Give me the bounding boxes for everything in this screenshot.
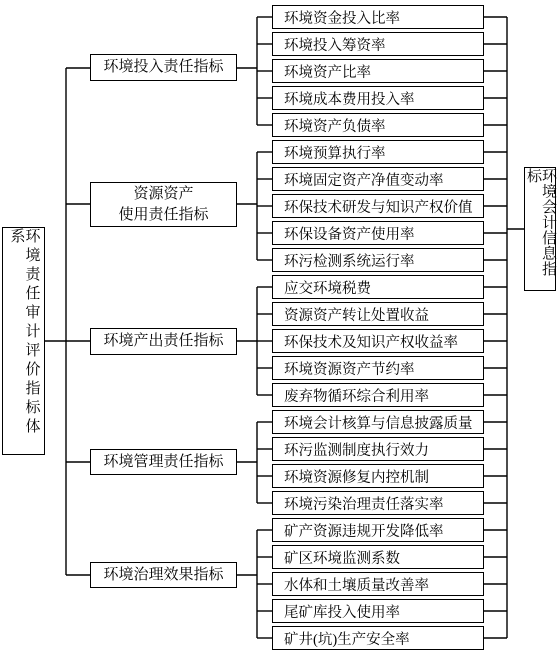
root-label: 环境责任审计评价指标体系 bbox=[9, 228, 39, 454]
indicator-box: 环境资产负债率 bbox=[272, 113, 484, 137]
indicator-box: 环保技术研发与知识产权价值 bbox=[272, 194, 484, 218]
indicator-box: 废弃物循环综合利用率 bbox=[272, 383, 484, 407]
indicator-box: 资源资产转让处置收益 bbox=[272, 302, 484, 326]
indicator-box: 环污检测系统运行率 bbox=[272, 248, 484, 272]
category-resource-asset-use-responsibility: 资源资产 使用责任指标 bbox=[90, 182, 237, 227]
indicator-box: 矿区环境监测系数 bbox=[272, 545, 484, 569]
indicator-box: 环境资产比率 bbox=[272, 59, 484, 83]
category-env-management-responsibility: 环境管理责任指标 bbox=[90, 449, 237, 475]
indicator-box: 环境会计核算与信息披露质量 bbox=[272, 410, 484, 434]
indicator-box: 水体和土壤质量改善率 bbox=[272, 572, 484, 596]
indicator-box: 应交环境税费 bbox=[272, 275, 484, 299]
indicator-box: 尾矿库投入使用率 bbox=[272, 599, 484, 623]
indicator-box: 环境资金投入比率 bbox=[272, 5, 484, 29]
category-env-governance-effect: 环境治理效果指标 bbox=[90, 562, 237, 588]
indicator-column: 环境资金投入比率 环境投入筹资率 环境资产比率 环境成本费用投入率 环境资产负债… bbox=[272, 5, 484, 650]
indicator-box: 环境成本费用投入率 bbox=[272, 86, 484, 110]
indicator-box: 环污监测制度执行效力 bbox=[272, 437, 484, 461]
indicator-box: 环境污染治理责任落实率 bbox=[272, 491, 484, 515]
indicator-box: 环境资源资产节约率 bbox=[272, 356, 484, 380]
root-label-box: 环境责任审计评价指标体系 bbox=[2, 227, 45, 455]
indicator-box: 环境预算执行率 bbox=[272, 140, 484, 164]
category-env-output-responsibility: 环境产出责任指标 bbox=[90, 328, 237, 355]
indicator-box: 矿产资源违规开发降低率 bbox=[272, 518, 484, 542]
category-env-input-responsibility: 环境投入责任指标 bbox=[90, 54, 237, 81]
indicator-box: 矿井(坑)生产安全率 bbox=[272, 626, 484, 650]
indicator-box: 环境资源修复内控机制 bbox=[272, 464, 484, 488]
accounting-info-label: 环境会计信息指标 bbox=[525, 168, 555, 290]
indicator-box: 环境固定资产净值变动率 bbox=[272, 167, 484, 191]
accounting-info-label-box: 环境会计信息指标 bbox=[524, 167, 556, 291]
indicator-box: 环保设备资产使用率 bbox=[272, 221, 484, 245]
indicator-box: 环境投入筹资率 bbox=[272, 32, 484, 56]
indicator-box: 环保技术及知识产权收益率 bbox=[272, 329, 484, 353]
diagram-canvas: 环境责任审计评价指标体系 环境投入责任指标 资源资产 使用责任指标 环境产出责任… bbox=[0, 0, 559, 657]
